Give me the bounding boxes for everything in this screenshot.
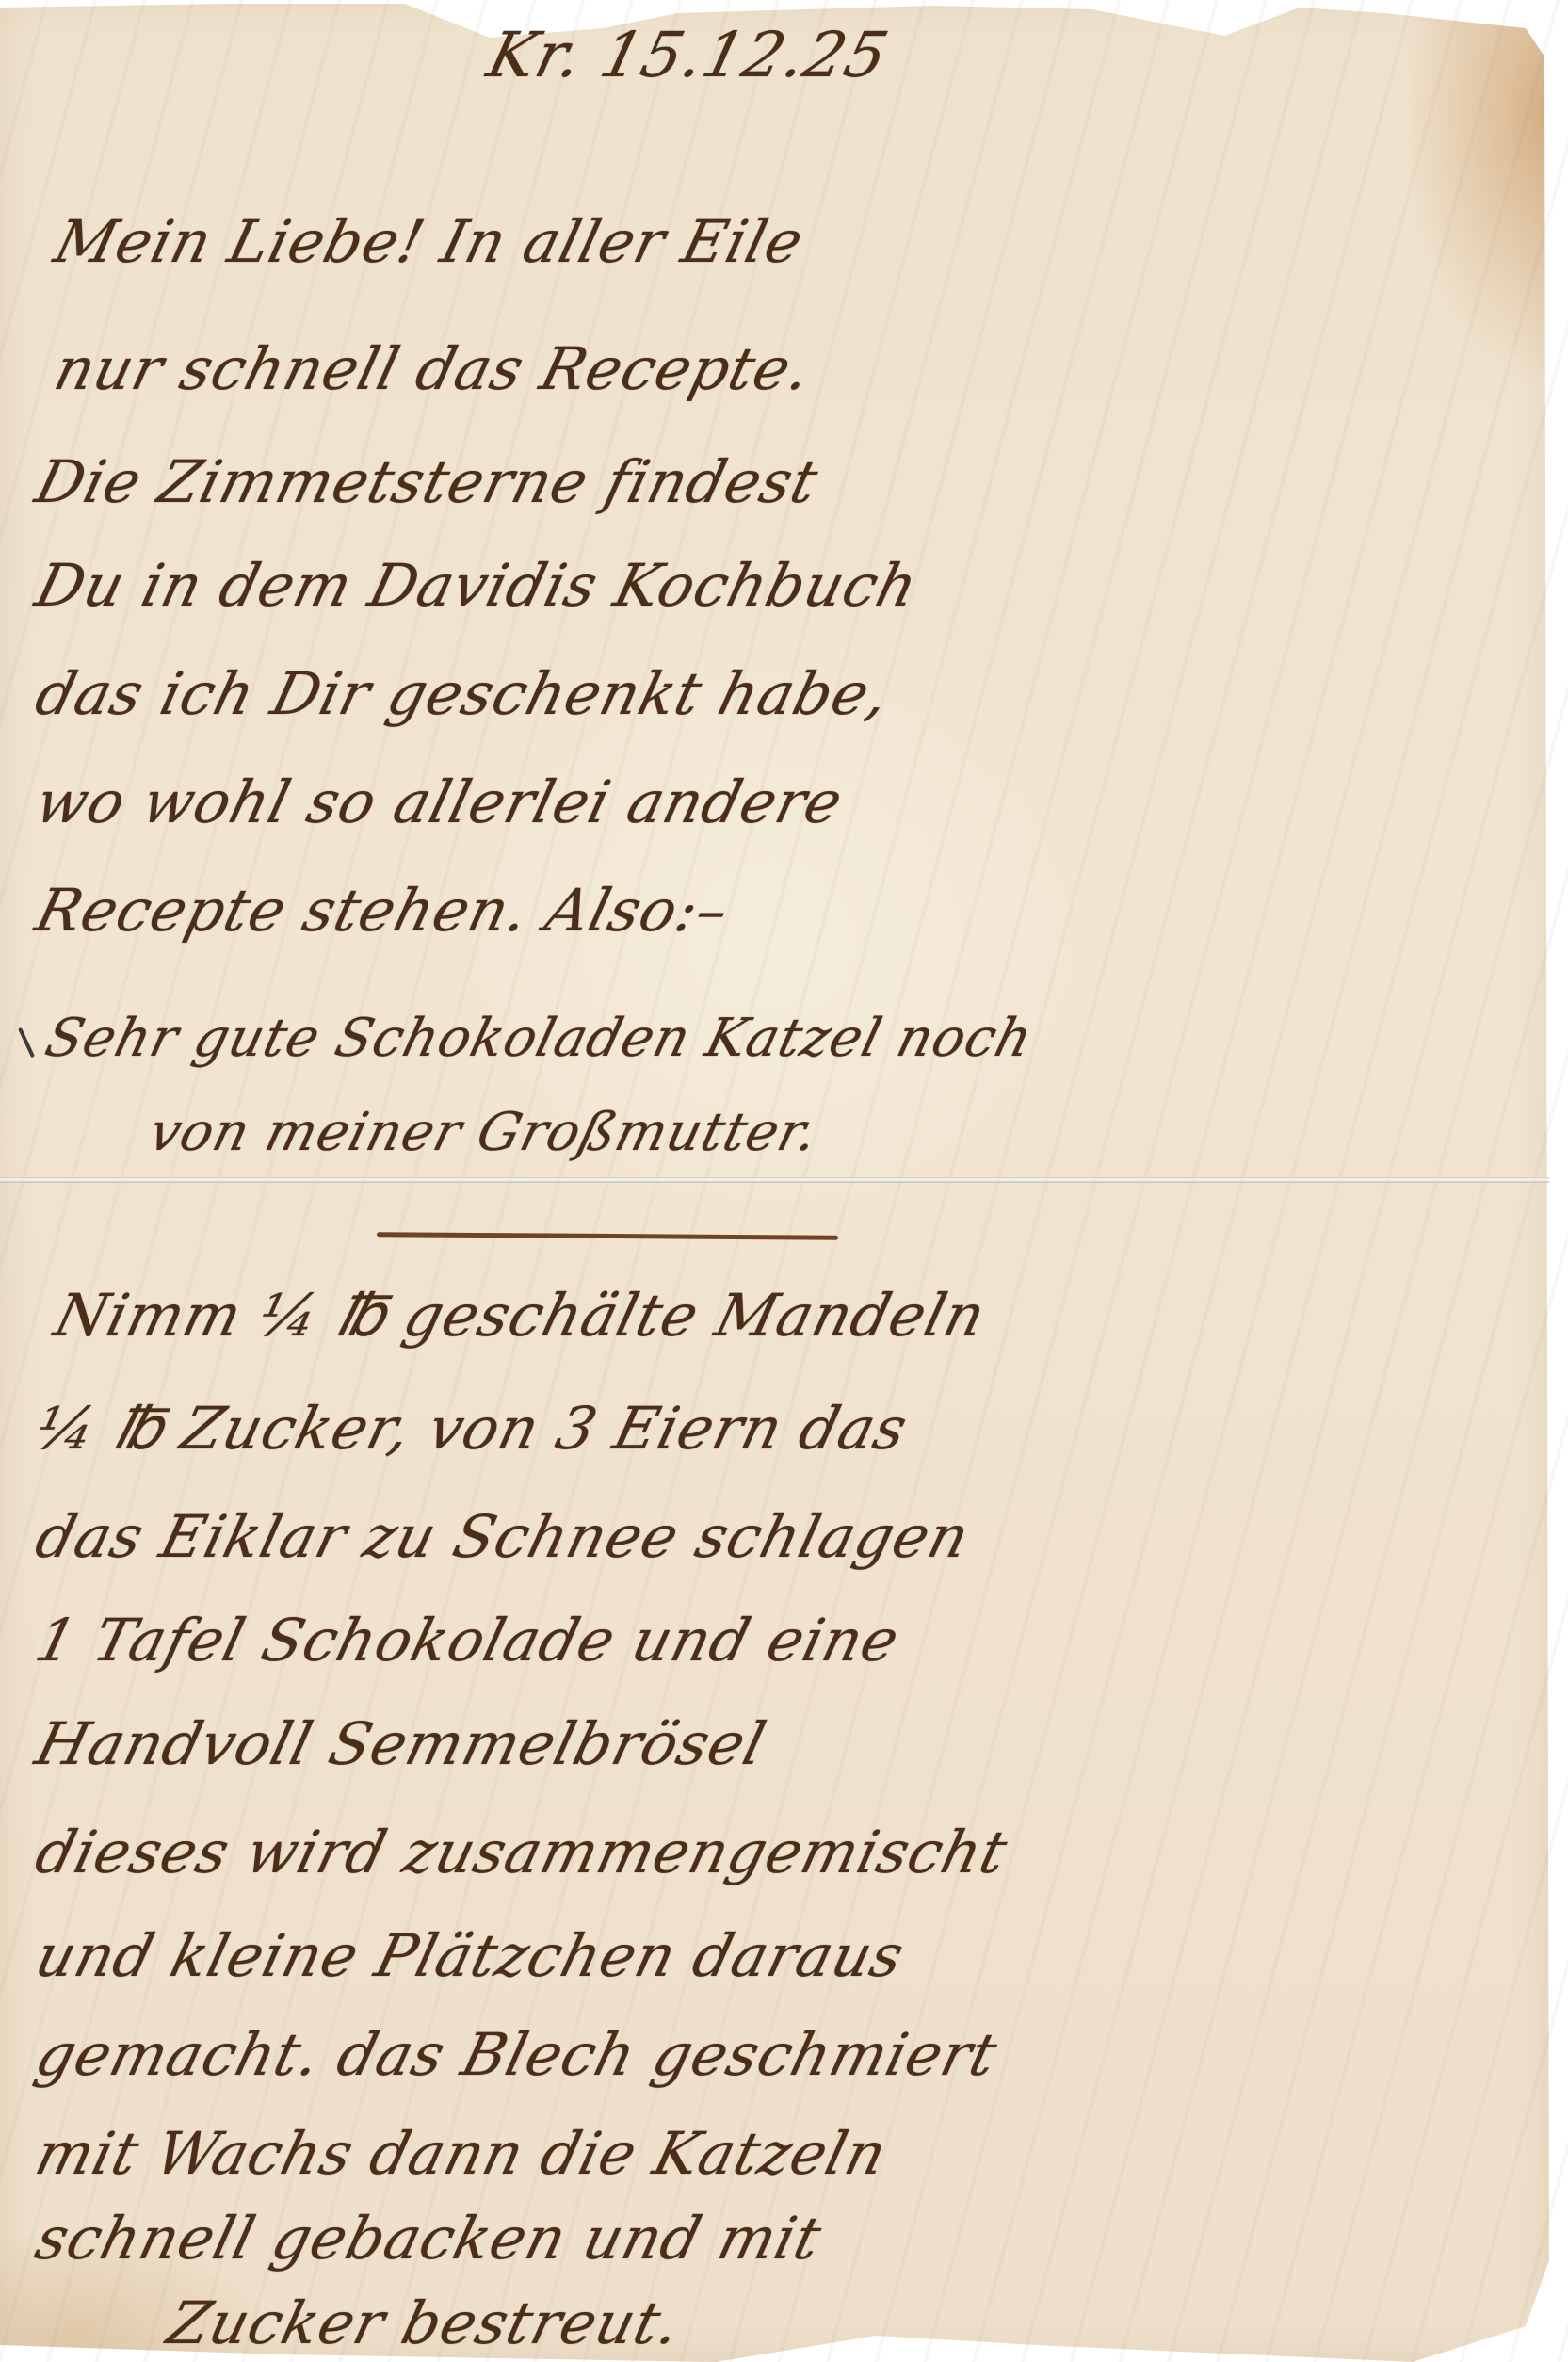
- intro-line-1: Mein Liebe! In aller Eile: [48, 207, 811, 276]
- intro-line-6: wo wohl so allerlei andere: [29, 768, 850, 836]
- recipe-line-6: dieses wird zusammengemischt: [29, 1818, 1014, 1886]
- recipe-line-9: mit Wachs dann die Katzeln: [29, 2119, 894, 2188]
- recipe-title-line-1: Sehr gute Schokoladen Katzel noch: [40, 1008, 1039, 1069]
- intro-line-2: nur schnell das Recepte.: [48, 334, 818, 403]
- recipe-title-line-2: von meiner Großmutter.: [143, 1102, 825, 1163]
- intro-line-4: Du in dem Davidis Kochbuch: [29, 551, 925, 620]
- recipe-line-1: Nimm ¼ ℔ geschälte Mandeln: [48, 1281, 993, 1350]
- recipe-line-8: gemacht. das Blech geschmiert: [29, 2020, 1005, 2089]
- intro-line-5: das ich Dir geschenkt habe,: [29, 659, 897, 728]
- intro-line-3: Die Zimmetsterne findest: [29, 447, 825, 516]
- recipe-line-4: 1 Tafel Schokolade und eine: [29, 1606, 907, 1674]
- recipe-line-2: ¼ ℔ Zucker, von 3 Eiern das: [29, 1394, 914, 1463]
- letter-date: Kr. 15.12.25: [480, 19, 896, 91]
- fold-crease: [0, 1177, 1549, 1183]
- intro-line-7: Recepte stehen. Also:–: [29, 876, 736, 945]
- recipe-line-3: das Eiklar zu Schnee schlagen: [29, 1502, 977, 1571]
- recipe-line-7: und kleine Plätzchen daraus: [29, 1921, 912, 1990]
- recipe-line-11: Zucker bestreut.: [161, 2289, 688, 2357]
- recipe-line-10: schnell gebacken und mit: [29, 2204, 829, 2273]
- recipe-line-5: Handvoll Semmelbrösel: [29, 1709, 773, 1778]
